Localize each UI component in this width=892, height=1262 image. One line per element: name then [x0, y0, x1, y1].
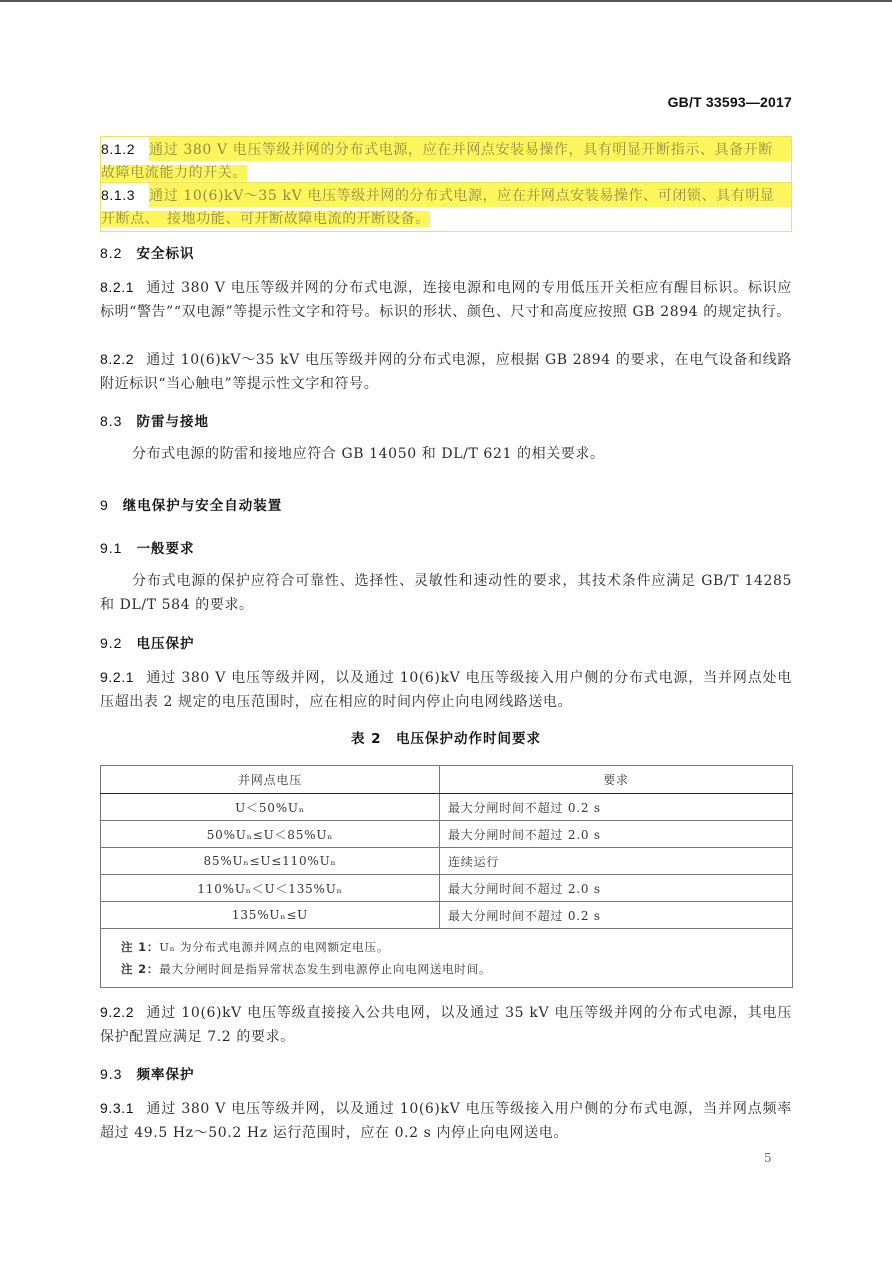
table-row: 135%Uₙ≤U 最大分闸时间不超过 0.2 s: [101, 902, 793, 929]
highlight-line: 8.1.2通过 380 V 电压等级并网的分布式电源，应在并网点安装易操作，具有…: [101, 137, 791, 161]
table-caption: 表 2 电压保护动作时间要求: [0, 727, 892, 747]
section-heading-9-2: 9.2电压保护: [100, 632, 792, 652]
column-header: 要求: [440, 766, 793, 794]
table-header-row: 并网点电压 要求: [101, 766, 793, 794]
table-notes-row: 注 1：Uₙ 为分布式电源并网点的电网额定电压。 注 2：最大分闸时间是指异常状…: [101, 929, 793, 988]
paragraph-8-3: 分布式电源的防雷和接地应符合 GB 14050 和 DL/T 621 的相关要求…: [100, 442, 792, 466]
section-heading-9-3: 9.3频率保护: [100, 1063, 792, 1083]
page-number: 5: [764, 1151, 772, 1165]
highlighted-clause-8-1-2[interactable]: 8.1.2通过 380 V 电压等级并网的分布式电源，应在并网点安装易操作，具有…: [100, 136, 792, 186]
highlight-line: 8.1.3通过 10(6)kV～35 kV 电压等级并网的分布式电源，应在并网点…: [101, 183, 791, 207]
clause-9-3-1: 9.3.1通过 380 V 电压等级并网，以及通过 10(6)kV 电压等级接入…: [100, 1096, 792, 1145]
table-cell: 85%Uₙ≤U≤110%Uₙ: [101, 848, 440, 875]
table-cell: U＜50%Uₙ: [101, 794, 440, 821]
clause-9-2-2: 9.2.2通过 10(6)kV 电压等级直接接入公共电网，以及通过 35 kV …: [100, 1000, 792, 1049]
section-heading-8-3: 8.3防雷与接地: [100, 410, 792, 430]
section-heading-9-1: 9.1一般要求: [100, 537, 792, 557]
table-cell: 50%Uₙ≤U＜85%Uₙ: [101, 821, 440, 848]
highlighted-text: 开断点、 接地功能、可开断故障电流的开断设备。: [101, 211, 430, 227]
clause-number: 8.1.2: [101, 137, 149, 161]
highlighted-text: 通过 10(6)kV～35 kV 电压等级并网的分布式电源，应在并网点安装易操作…: [149, 188, 774, 204]
voltage-protection-table: 并网点电压 要求 U＜50%Uₙ 最大分闸时间不超过 0.2 s 50%Uₙ≤U…: [100, 765, 793, 988]
highlight-line: 开断点、 接地功能、可开断故障电流的开断设备。: [101, 207, 791, 231]
paragraph-9-1: 分布式电源的保护应符合可靠性、选择性、灵敏性和速动性的要求，其技术条件应满足 G…: [100, 569, 792, 617]
table-cell: 110%Uₙ＜U＜135%Uₙ: [101, 875, 440, 902]
table-notes: 注 1：Uₙ 为分布式电源并网点的电网额定电压。 注 2：最大分闸时间是指异常状…: [101, 929, 793, 988]
table-cell: 连续运行: [440, 848, 793, 875]
table-row: 50%Uₙ≤U＜85%Uₙ 最大分闸时间不超过 2.0 s: [101, 821, 793, 848]
clause-8-2-2: 8.2.2通过 10(6)kV～35 kV 电压等级并网的分布式电源，应根据 G…: [100, 347, 792, 396]
table-cell: 135%Uₙ≤U: [101, 902, 440, 929]
clause-number: 8.1.3: [101, 183, 149, 207]
table-note: 注 1：Uₙ 为分布式电源并网点的电网额定电压。: [121, 936, 772, 958]
table-cell: 最大分闸时间不超过 0.2 s: [440, 902, 793, 929]
table-cell: 最大分闸时间不超过 0.2 s: [440, 794, 793, 821]
section-heading-8-2: 8.2安全标识: [100, 242, 792, 262]
highlighted-clause-8-1-3[interactable]: 8.1.3通过 10(6)kV～35 kV 电压等级并网的分布式电源，应在并网点…: [100, 182, 792, 232]
clause-9-2-1: 9.2.1通过 380 V 电压等级并网，以及通过 10(6)kV 电压等级接入…: [100, 665, 792, 714]
highlighted-text: 通过 380 V 电压等级并网的分布式电源，应在并网点安装易操作，具有明显开断指…: [149, 142, 773, 158]
table-row: 110%Uₙ＜U＜135%Uₙ 最大分闸时间不超过 2.0 s: [101, 875, 793, 902]
table-note: 注 2：最大分闸时间是指异常状态发生到电源停止向电网送电时间。: [121, 958, 772, 980]
clause-8-2-1: 8.2.1通过 380 V 电压等级并网的分布式电源，连接电源和电网的专用低压开…: [100, 275, 792, 324]
table-cell: 最大分闸时间不超过 2.0 s: [440, 821, 793, 848]
chapter-heading-9: 9继电保护与安全自动装置: [100, 494, 792, 514]
column-header: 并网点电压: [101, 766, 440, 794]
table-row: U＜50%Uₙ 最大分闸时间不超过 0.2 s: [101, 794, 793, 821]
page-top-border: [0, 0, 892, 2]
table-cell: 最大分闸时间不超过 2.0 s: [440, 875, 793, 902]
table-row: 85%Uₙ≤U≤110%Uₙ 连续运行: [101, 848, 793, 875]
standard-code: GB/T 33593—2017: [668, 94, 792, 110]
highlighted-text: 故障电流能力的开关。: [101, 165, 247, 181]
